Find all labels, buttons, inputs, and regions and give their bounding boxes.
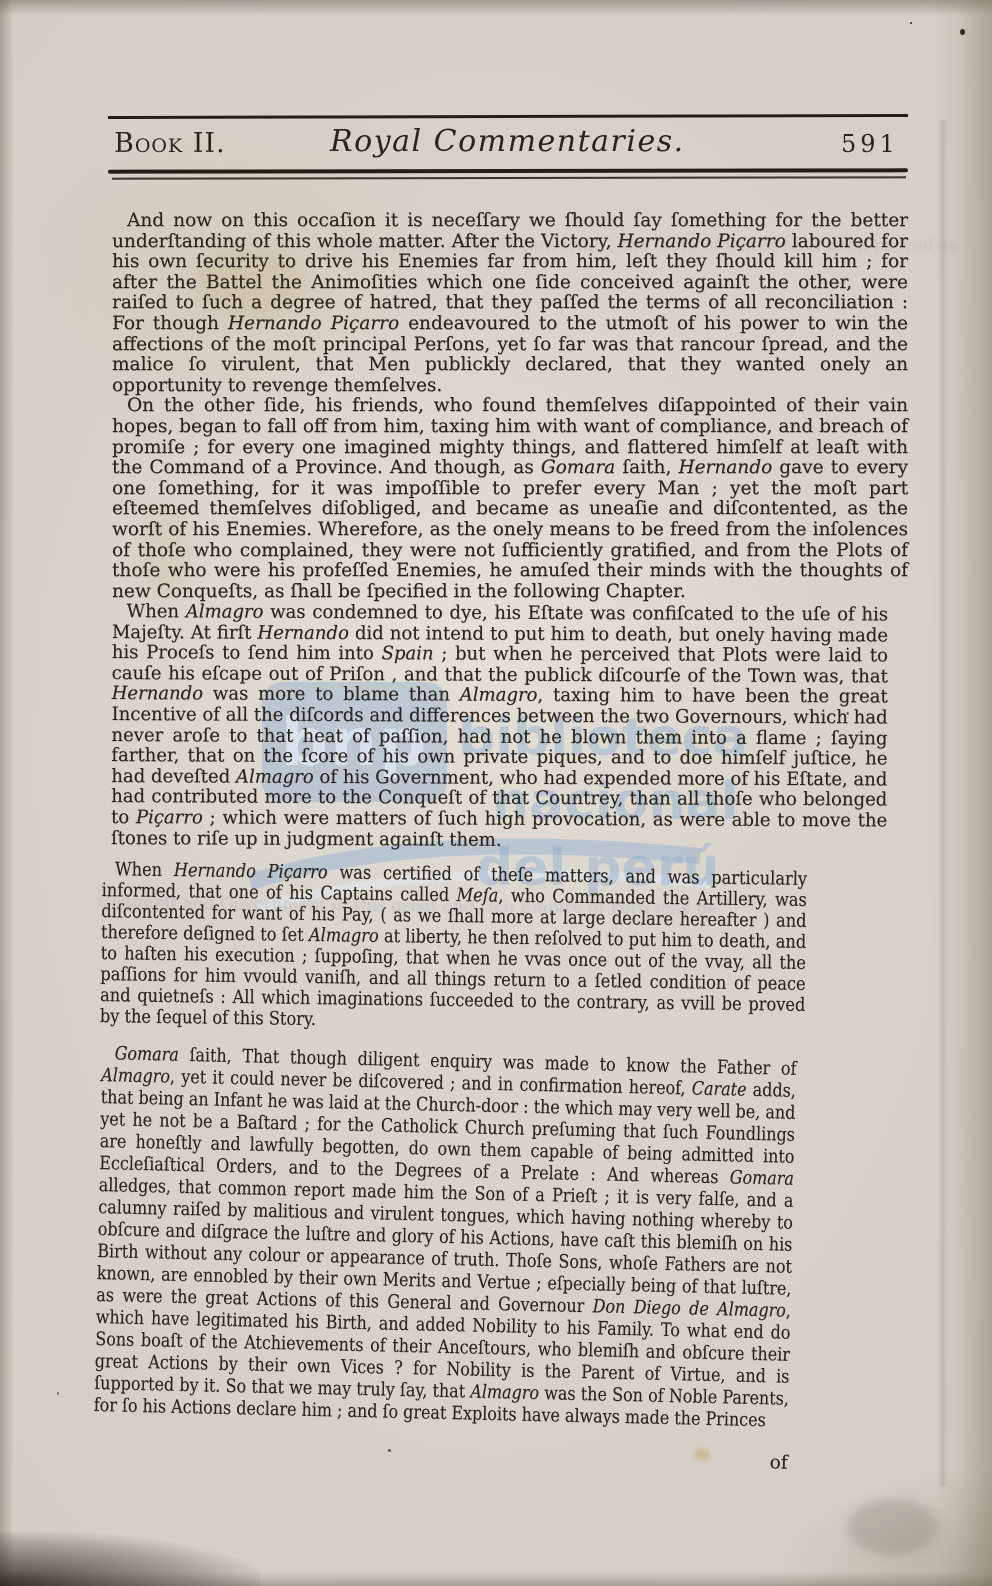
paragraph-1: And now on this occaſion it is neceſſary… — [112, 211, 908, 396]
italic-run: Almagro — [186, 602, 264, 623]
italic-run: Hernando Piçarro — [174, 860, 328, 883]
corner-shade — [772, 1466, 992, 1586]
italic-run: Piçarro — [136, 807, 203, 828]
italic-run: Gomara — [730, 1168, 795, 1190]
paragraph-5: Gomara ſaith, That though diligent enqui… — [94, 1043, 797, 1433]
paragraph-3: When Almagro was condemned to dye, his E… — [111, 602, 888, 853]
text-run: gave to every one ſomething, for it was … — [112, 457, 908, 602]
body-text: And now on this occaſion it is neceſſary… — [112, 211, 908, 1417]
italic-run: Hernando — [112, 684, 204, 705]
scan-edge-right — [932, 0, 992, 1586]
italic-run: Meſa — [456, 885, 498, 907]
book-label: Book II. — [114, 128, 226, 159]
italic-run: Hernando Piçarro — [228, 313, 399, 334]
scan-edge-top — [0, 0, 992, 16]
paper-crease — [938, 120, 948, 1486]
ink-speck — [960, 29, 965, 35]
catchword: of — [100, 1437, 788, 1474]
scan-edge-left — [0, 0, 14, 1586]
head-rule-bottom-thin — [112, 176, 906, 179]
scanned-book-page: bnp biblioteca nacional del perú of this… — [0, 0, 992, 1586]
page-number: 591 — [841, 130, 899, 158]
text-run: ſaith, — [615, 457, 678, 478]
ink-speck — [910, 22, 912, 24]
text-run: ; which were matters of ſuch high provoc… — [111, 808, 887, 851]
corner-shadow — [0, 1532, 260, 1586]
italic-run: Almagro — [460, 685, 538, 706]
italic-run: Almagro — [236, 767, 314, 788]
paper-smudge — [848, 1500, 938, 1555]
italic-run: Almagro — [470, 1382, 539, 1405]
italic-run: Almagro — [309, 925, 379, 947]
paragraph-2: On the other ſide, his friends, who foun… — [112, 396, 908, 602]
italic-run: Hernando — [257, 623, 349, 644]
text-run: When — [127, 601, 186, 622]
head-rule-bottom — [108, 168, 908, 173]
paragraph-4: When Hernando Piçarro was certified of t… — [100, 859, 808, 1037]
text-run: was more to blame than — [203, 684, 460, 706]
scan-edge-bottom — [0, 1572, 992, 1586]
italic-run: Hernando Piçarro — [617, 231, 785, 252]
head-rule-top — [108, 114, 908, 119]
italic-run: Spain — [381, 644, 433, 665]
ink-speck — [57, 1392, 59, 1395]
italic-run: Almagro — [101, 1065, 170, 1088]
text-run: alledges, that common report made him th… — [96, 1175, 794, 1317]
italic-run: Carate — [692, 1079, 747, 1101]
text-run: When — [115, 860, 174, 882]
italic-run: Gomara — [541, 457, 615, 478]
running-title: Royal Commentaries. — [330, 124, 685, 159]
italic-run: Gomara — [114, 1044, 179, 1066]
italic-run: Hernando — [678, 457, 772, 478]
